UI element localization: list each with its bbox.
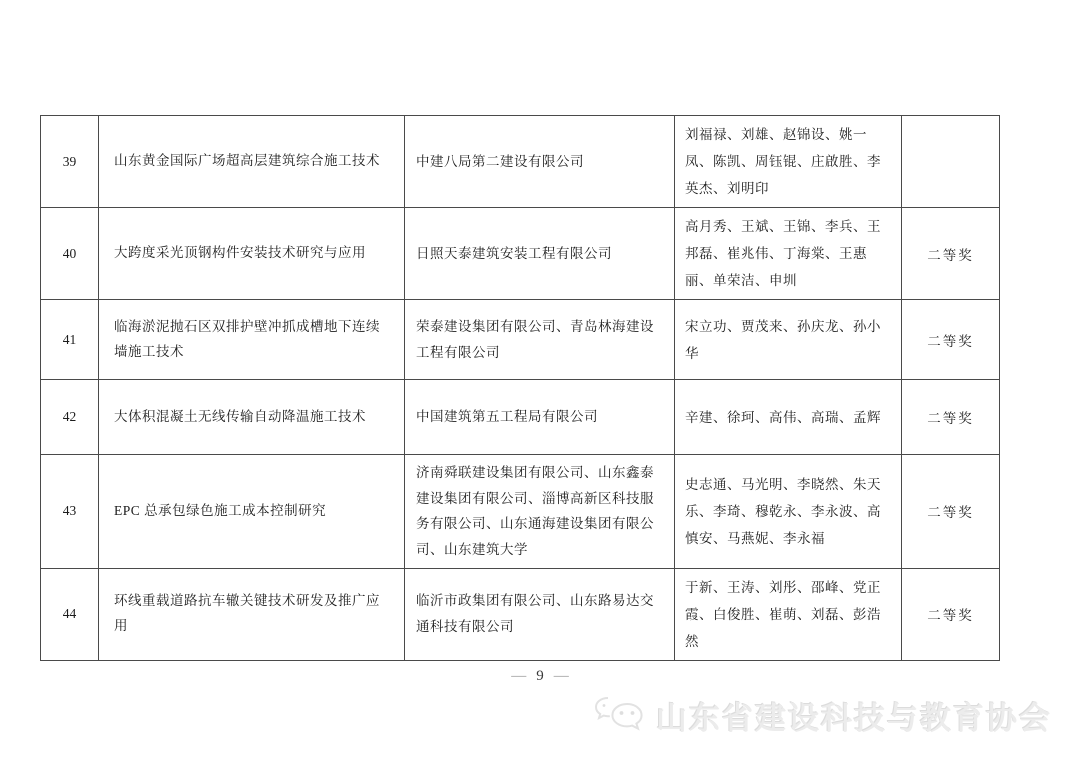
row-number-cell: 43 — [41, 455, 99, 569]
document-page: 39 山东黄金国际广场超高层建筑综合施工技术 中建八局第二建设有限公司 刘福禄、… — [0, 0, 1080, 764]
people-names-cell: 史志通、马光明、李晓然、朱天乐、李琦、穆乾永、李永波、高慎安、马燕妮、李永福 — [675, 455, 902, 569]
company-name-cell: 荣泰建设集团有限公司、青岛林海建设工程有限公司 — [405, 300, 675, 380]
people-names-cell: 于新、王涛、刘彤、邵峰、党正霞、白俊胜、崔萌、刘磊、彭浩然 — [675, 568, 902, 660]
award-level-cell: 二等奖 — [902, 455, 1000, 569]
people-names-cell: 宋立功、贾茂来、孙庆龙、孙小华 — [675, 300, 902, 380]
project-name-cell: 环线重载道路抗车辙关键技术研发及推广应用 — [99, 568, 405, 660]
table-row: 42 大体积混凝土无线传输自动降温施工技术 中国建筑第五工程局有限公司 辛建、徐… — [41, 380, 1000, 455]
company-name-cell: 日照天泰建筑安装工程有限公司 — [405, 208, 675, 300]
award-level-cell: 二等奖 — [902, 568, 1000, 660]
company-name-cell: 临沂市政集团有限公司、山东路易达交通科技有限公司 — [405, 568, 675, 660]
people-names-cell: 高月秀、王斌、王锦、李兵、王邦磊、崔兆伟、丁海棠、王惠丽、单荣洁、申圳 — [675, 208, 902, 300]
row-number-cell: 40 — [41, 208, 99, 300]
page-number: —9— — [0, 668, 1080, 685]
award-results-table: 39 山东黄金国际广场超高层建筑综合施工技术 中建八局第二建设有限公司 刘福禄、… — [40, 115, 1000, 661]
wechat-icon — [594, 692, 650, 738]
row-number-cell: 42 — [41, 380, 99, 455]
association-watermark: 山东省建设科技与教育协会 — [594, 692, 1052, 738]
watermark-text: 山东省建设科技与教育协会 — [656, 693, 1052, 738]
table-body: 39 山东黄金国际广场超高层建筑综合施工技术 中建八局第二建设有限公司 刘福禄、… — [41, 116, 1000, 661]
row-number-cell: 39 — [41, 116, 99, 208]
people-names-cell: 刘福禄、刘雄、赵锦设、姚一凤、陈凯、周钰锟、庄啟胜、李英杰、刘明印 — [675, 116, 902, 208]
table-row: 44 环线重载道路抗车辙关键技术研发及推广应用 临沂市政集团有限公司、山东路易达… — [41, 568, 1000, 660]
row-number-cell: 44 — [41, 568, 99, 660]
award-level-cell: 二等奖 — [902, 300, 1000, 380]
award-level-cell: 二等奖 — [902, 380, 1000, 455]
company-name-cell: 济南舜联建设集团有限公司、山东鑫泰建设集团有限公司、淄博高新区科技服务有限公司、… — [405, 455, 675, 569]
project-name-cell: 大体积混凝土无线传输自动降温施工技术 — [99, 380, 405, 455]
table-row: 41 临海淤泥抛石区双排护壁冲抓成槽地下连续墙施工技术 荣泰建设集团有限公司、青… — [41, 300, 1000, 380]
project-name-cell: EPC 总承包绿色施工成本控制研究 — [99, 455, 405, 569]
table-row: 43 EPC 总承包绿色施工成本控制研究 济南舜联建设集团有限公司、山东鑫泰建设… — [41, 455, 1000, 569]
table-row: 39 山东黄金国际广场超高层建筑综合施工技术 中建八局第二建设有限公司 刘福禄、… — [41, 116, 1000, 208]
table-row: 40 大跨度采光顶钢构件安装技术研究与应用 日照天泰建筑安装工程有限公司 高月秀… — [41, 208, 1000, 300]
page-number-value: 9 — [536, 668, 544, 684]
people-names-cell: 辛建、徐珂、高伟、高瑞、孟辉 — [675, 380, 902, 455]
project-name-cell: 大跨度采光顶钢构件安装技术研究与应用 — [99, 208, 405, 300]
page-number-dash-right: — — [544, 668, 579, 684]
company-name-cell: 中国建筑第五工程局有限公司 — [405, 380, 675, 455]
row-number-cell: 41 — [41, 300, 99, 380]
award-level-cell — [902, 116, 1000, 208]
page-number-dash-left: — — [501, 668, 536, 684]
project-name-cell: 山东黄金国际广场超高层建筑综合施工技术 — [99, 116, 405, 208]
award-level-cell: 二等奖 — [902, 208, 1000, 300]
company-name-cell: 中建八局第二建设有限公司 — [405, 116, 675, 208]
project-name-cell: 临海淤泥抛石区双排护壁冲抓成槽地下连续墙施工技术 — [99, 300, 405, 380]
